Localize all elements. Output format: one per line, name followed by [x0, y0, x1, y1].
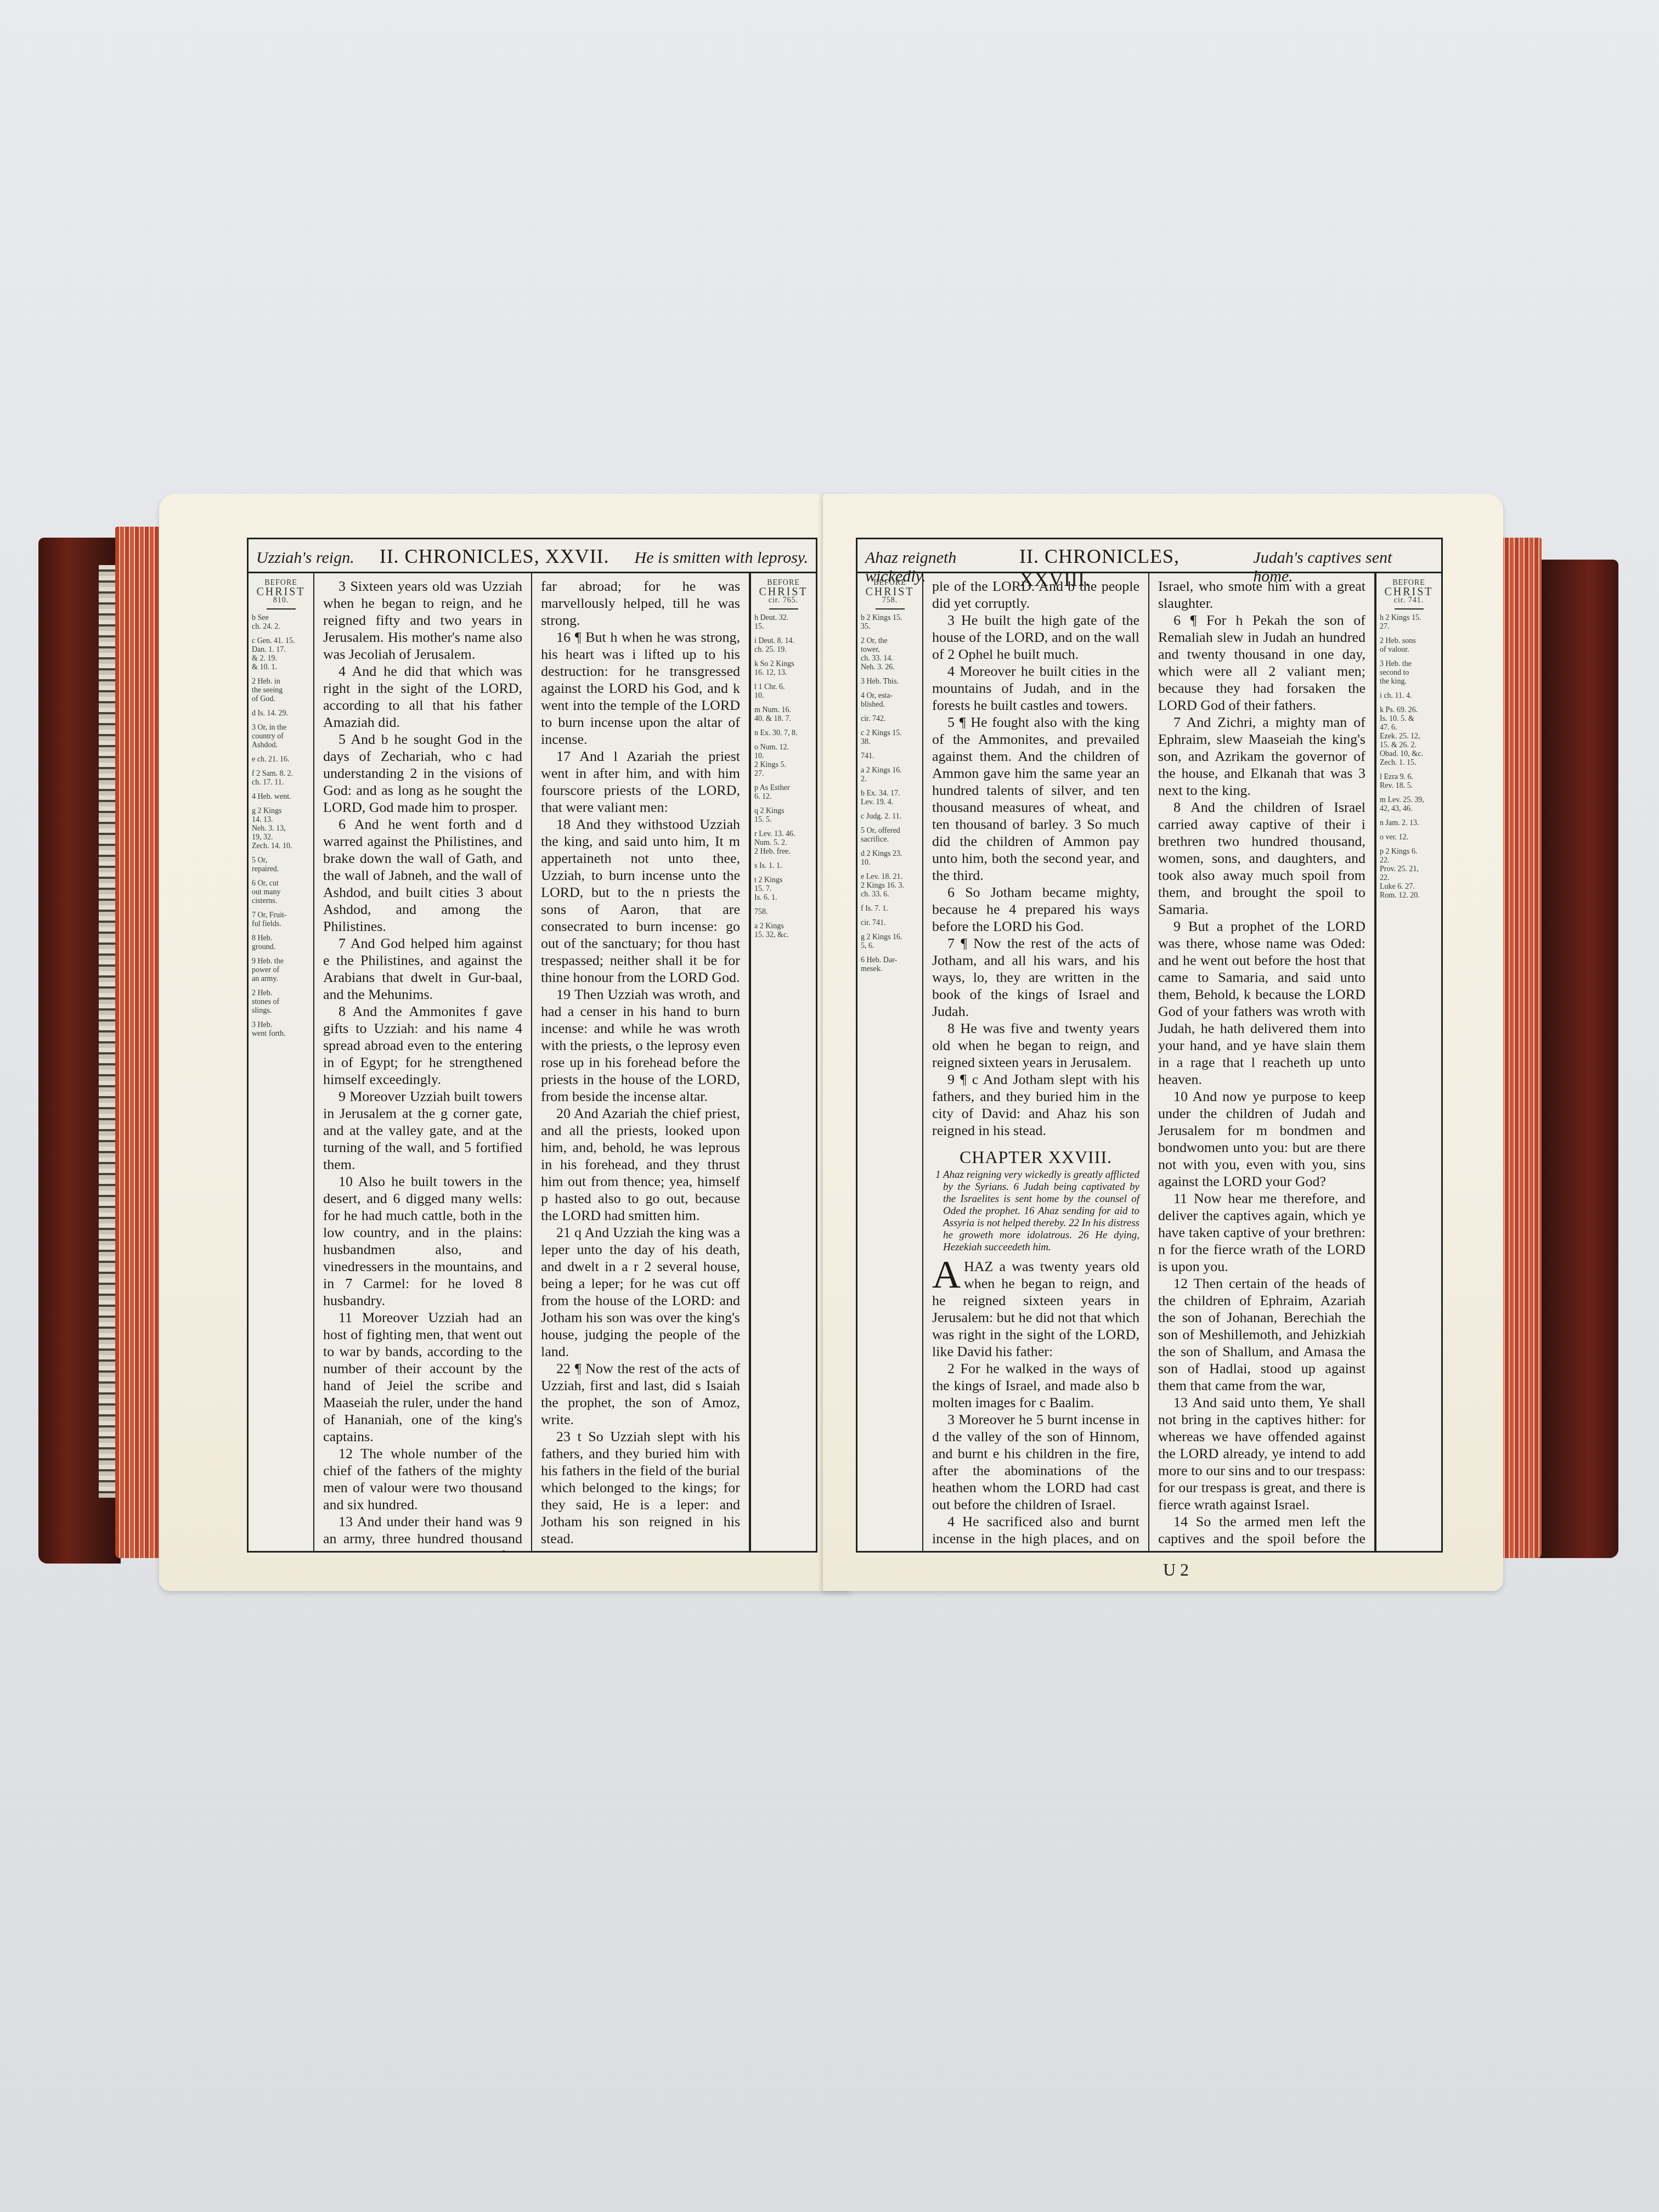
before-christ-date: BEFORE CHRIST cir. 765. — [754, 579, 812, 605]
left-running-head: Uzziah's reign. II. CHRONICLES, XXVII. H… — [249, 539, 816, 573]
margin-note: i ch. 11. 4. — [1380, 692, 1438, 701]
margin-note: r Lev. 13. 46. Num. 5. 2. 2 Heb. free. — [754, 830, 812, 856]
margin-note: d Is. 14. 29. — [252, 709, 310, 718]
right-inner-margin-notes: BEFORE CHRIST 758. b 2 Kings 15. 35.2 Or… — [857, 573, 923, 1551]
marbled-endpaper — [99, 565, 115, 1498]
verse: HAZ a was twenty years old when he began… — [932, 1258, 1139, 1360]
margin-note: 6 Or, cut out many cisterns. — [252, 879, 310, 906]
verse: 4 Moreover he built cities in the mounta… — [932, 663, 1139, 714]
signature-mark: U 2 — [1163, 1560, 1189, 1580]
right-outer-margin-notes: BEFORE CHRIST cir. 741. h 2 Kings 15. 27… — [1375, 573, 1441, 1551]
verse: 5 And b he sought God in the days of Zec… — [323, 731, 522, 816]
margin-note: 2 Or, the tower, ch. 33. 14. Neh. 3. 26. — [861, 637, 919, 672]
margin-note: q 2 Kings 15. 5. — [754, 807, 812, 825]
margin-note: m Num. 16. 40. & 18. 7. — [754, 706, 812, 724]
verse: 10 Also he built towers in the desert, a… — [323, 1173, 522, 1309]
verse: 12 Then certain of the heads of the chil… — [1158, 1275, 1365, 1394]
verse: 6 ¶ For h Pekah the son of Remaliah slew… — [1158, 612, 1365, 714]
verse: 13 And under their hand was 9 an army, t… — [323, 1513, 522, 1551]
margin-note: b Ex. 34. 17. Lev. 19. 4. — [861, 789, 919, 807]
right-page-text-frame: Ahaz reigneth wickedly. II. CHRONICLES, … — [856, 538, 1443, 1553]
margin-note: d 2 Kings 23. 10. — [861, 850, 919, 867]
margin-note: c Judg. 2. 11. — [861, 812, 919, 821]
margin-note: 758. — [754, 908, 812, 917]
before-christ-date: BEFORE CHRIST 758. — [861, 579, 919, 605]
verse: 3 Moreover he 5 burnt incense in d the v… — [932, 1411, 1139, 1513]
verse: 7 ¶ Now the rest of the acts of Jotham, … — [932, 935, 1139, 1020]
margin-note: 3 Heb. went forth. — [252, 1021, 310, 1039]
margin-note: t 2 Kings 15. 7. Is. 6. 1. — [754, 876, 812, 902]
margin-note: f Is. 7. 1. — [861, 905, 919, 913]
verse: Israel, who smote him with a great slaug… — [1158, 578, 1365, 612]
margin-note: 4 Or, esta- blished. — [861, 692, 919, 709]
chapter-summary: 1 Ahaz reigning very wickedly is greatly… — [932, 1169, 1139, 1254]
verse: 21 q And Uzziah the king was a leper unt… — [541, 1224, 740, 1360]
verse: 20 And Azariah the chief priest, and all… — [541, 1105, 740, 1224]
running-head-center: II. CHRONICLES, XXVII. — [380, 545, 610, 568]
left-column-2: far abroad; for he was marvellously help… — [532, 573, 750, 1551]
verse: 9 Moreover Uzziah built towers in Jerusa… — [323, 1088, 522, 1173]
margin-note: 8 Heb. ground. — [252, 934, 310, 952]
left-inner-margin-notes: BEFORE CHRIST cir. 765. h Deut. 32. 15.i… — [750, 573, 816, 1551]
margin-note: 741. — [861, 752, 919, 761]
verse: 4 He sacrificed also and burnt incense i… — [932, 1513, 1139, 1551]
margin-note: g 2 Kings 14. 13. Neh. 3. 13, 19, 32. Ze… — [252, 807, 310, 851]
margin-note: 5 Or, offered sacrifice. — [861, 827, 919, 844]
verse: 8 He was five and twenty years old when … — [932, 1020, 1139, 1071]
chapter-heading: CHAPTER XXVIII. — [932, 1149, 1139, 1166]
margin-note: b See ch. 24. 2. — [252, 614, 310, 631]
marginal-references: b See ch. 24. 2.c Gen. 41. 15. Dan. 1. 1… — [252, 614, 310, 1039]
drop-cap: A — [932, 1258, 961, 1291]
verse: 8 And the children of Israel carried awa… — [1158, 799, 1365, 918]
margin-note: 6 Heb. Dar- mesek. — [861, 956, 919, 974]
margin-note: 7 Or, Fruit- ful fields. — [252, 911, 310, 929]
verse: 6 And he went forth and d warred against… — [323, 816, 522, 935]
margin-note: c 2 Kings 15. 38. — [861, 729, 919, 747]
verse: 19 Then Uzziah was wroth, and had a cens… — [541, 986, 740, 1105]
margin-note: 2 Heb. stones of slings. — [252, 989, 310, 1015]
verse: 8 And the Ammonites f gave gifts to Uzzi… — [323, 1003, 522, 1088]
margin-note: c Gen. 41. 15. Dan. 1. 17. & 2. 19. & 10… — [252, 637, 310, 672]
marginal-references: b 2 Kings 15. 35.2 Or, the tower, ch. 33… — [861, 614, 919, 974]
margin-note: 3 Heb. This. — [861, 678, 919, 686]
verse: 16 ¶ But h when he was strong, his heart… — [541, 629, 740, 748]
margin-note: n Jam. 2. 13. — [1380, 819, 1438, 828]
margin-note: i Deut. 8. 14. ch. 25. 19. — [754, 637, 812, 654]
margin-note: 3 Or, in the country of Ashdod. — [252, 724, 310, 750]
right-cover-binding — [1536, 560, 1618, 1558]
verse: 10 And now ye purpose to keep under the … — [1158, 1088, 1365, 1190]
verse: 6 So Jotham became mighty, because he 4 … — [932, 884, 1139, 935]
verse: 11 Now hear me therefore, and deliver th… — [1158, 1190, 1365, 1275]
verse: 3 Sixteen years old was Uzziah when he b… — [323, 578, 522, 663]
margin-note: k Ps. 69. 26. Is. 10. 5. & 47. 6. Ezek. … — [1380, 706, 1438, 768]
margin-note: o Num. 12. 10. 2 Kings 5. 27. — [754, 743, 812, 778]
margin-note: e ch. 21. 16. — [252, 755, 310, 764]
verse: 9 ¶ c And Jotham slept with his fathers,… — [932, 1071, 1139, 1139]
marginal-references: h Deut. 32. 15.i Deut. 8. 14. ch. 25. 19… — [754, 614, 812, 940]
verse: far abroad; for he was marvellously help… — [541, 578, 740, 629]
running-head-left: Uzziah's reign. — [256, 549, 354, 567]
margin-note: 3 Heb. the second to the king. — [1380, 660, 1438, 686]
margin-note: 4 Heb. went. — [252, 793, 310, 802]
chapter-opening: A HAZ a was twenty years old when he beg… — [932, 1258, 1139, 1551]
verse: 3 He built the high gate of the house of… — [932, 612, 1139, 663]
margin-note: 2 Heb. in the seeing of God. — [252, 678, 310, 704]
verse: 5 ¶ He fought also with the king of the … — [932, 714, 1139, 884]
verse: 12 The whole number of the chief of the … — [323, 1445, 522, 1513]
margin-note: a 2 Kings 15. 32, &c. — [754, 922, 812, 940]
verse: 11 Moreover Uzziah had an host of fighti… — [323, 1309, 522, 1445]
margin-note: cir. 742. — [861, 715, 919, 724]
margin-note: f 2 Sam. 8. 2. ch. 17. 11. — [252, 770, 310, 787]
margin-note: s Is. 1. 1. — [754, 862, 812, 871]
margin-note: n Ex. 30. 7, 8. — [754, 729, 812, 738]
margin-note: m Lev. 25. 39, 42, 43, 46. — [1380, 796, 1438, 814]
margin-note: l 1 Chr. 6. 10. — [754, 683, 812, 701]
margin-note: g 2 Kings 16. 5, 6. — [861, 933, 919, 951]
margin-note: k So 2 Kings 16. 12, 13. — [754, 660, 812, 678]
margin-note: b 2 Kings 15. 35. — [861, 614, 919, 631]
before-christ-date: BEFORE CHRIST cir. 741. — [1380, 579, 1438, 605]
right-column-2: Israel, who smote him with a great slaug… — [1149, 573, 1375, 1551]
verse: 4 And he did that which was right in the… — [323, 663, 522, 731]
margin-note: a 2 Kings 16. 2. — [861, 766, 919, 784]
verse: 18 And they withstood Uzziah the king, a… — [541, 816, 740, 986]
margin-note: cir. 741. — [861, 919, 919, 928]
left-page-text-frame: Uzziah's reign. II. CHRONICLES, XXVII. H… — [247, 538, 817, 1553]
margin-note: p 2 Kings 6. 22. Prov. 25. 21, 22. Luke … — [1380, 848, 1438, 900]
before-christ-date: BEFORE CHRIST 810. — [252, 579, 310, 605]
right-column-1: ple of the LORD. And b the people did ye… — [923, 573, 1149, 1551]
margin-note: e Lev. 18. 21. 2 Kings 16. 3. ch. 33. 6. — [861, 873, 919, 899]
verse: 22 ¶ Now the rest of the acts of Uzziah,… — [541, 1360, 740, 1428]
marginal-references: h 2 Kings 15. 27.2 Heb. sons of valour.3… — [1380, 614, 1438, 900]
margin-note: 2 Heb. sons of valour. — [1380, 637, 1438, 654]
margin-note: p As Esther 6. 12. — [754, 784, 812, 802]
margin-note: h 2 Kings 15. 27. — [1380, 614, 1438, 631]
left-page: Uzziah's reign. II. CHRONICLES, XXVII. H… — [159, 494, 850, 1591]
open-bible: Uzziah's reign. II. CHRONICLES, XXVII. H… — [38, 494, 1618, 1613]
left-outer-margin-notes: BEFORE CHRIST 810. b See ch. 24. 2.c Gen… — [249, 573, 314, 1551]
verse: ple of the LORD. And b the people did ye… — [932, 578, 1139, 612]
verse: 2 For he walked in the ways of the kings… — [932, 1360, 1139, 1411]
verse: 23 t So Uzziah slept with his fathers, a… — [541, 1428, 740, 1547]
verse: 7 And God helped him against e the Phili… — [323, 935, 522, 1003]
margin-note: 5 Or, repaired. — [252, 856, 310, 874]
left-column-1: 3 Sixteen years old was Uzziah when he b… — [314, 573, 532, 1551]
margin-note: l Ezra 9. 6. Rev. 18. 5. — [1380, 773, 1438, 791]
margin-note: h Deut. 32. 15. — [754, 614, 812, 631]
right-page: Ahaz reigneth wickedly. II. CHRONICLES, … — [823, 494, 1503, 1591]
verse: 9 But a prophet of the LORD was there, w… — [1158, 918, 1365, 1088]
verse: 7 And Zichri, a mighty man of Ephraim, s… — [1158, 714, 1365, 799]
verse: 14 So the armed men left the captives an… — [1158, 1513, 1365, 1551]
margin-note: o ver. 12. — [1380, 833, 1438, 842]
verse: 13 And said unto them, Ye shall not brin… — [1158, 1394, 1365, 1513]
running-head-right: He is smitten with leprosy. — [635, 549, 808, 567]
verse: 17 And l Azariah the priest went in afte… — [541, 748, 740, 816]
right-running-head: Ahaz reigneth wickedly. II. CHRONICLES, … — [857, 539, 1441, 573]
margin-note: 9 Heb. the power of an army. — [252, 957, 310, 984]
